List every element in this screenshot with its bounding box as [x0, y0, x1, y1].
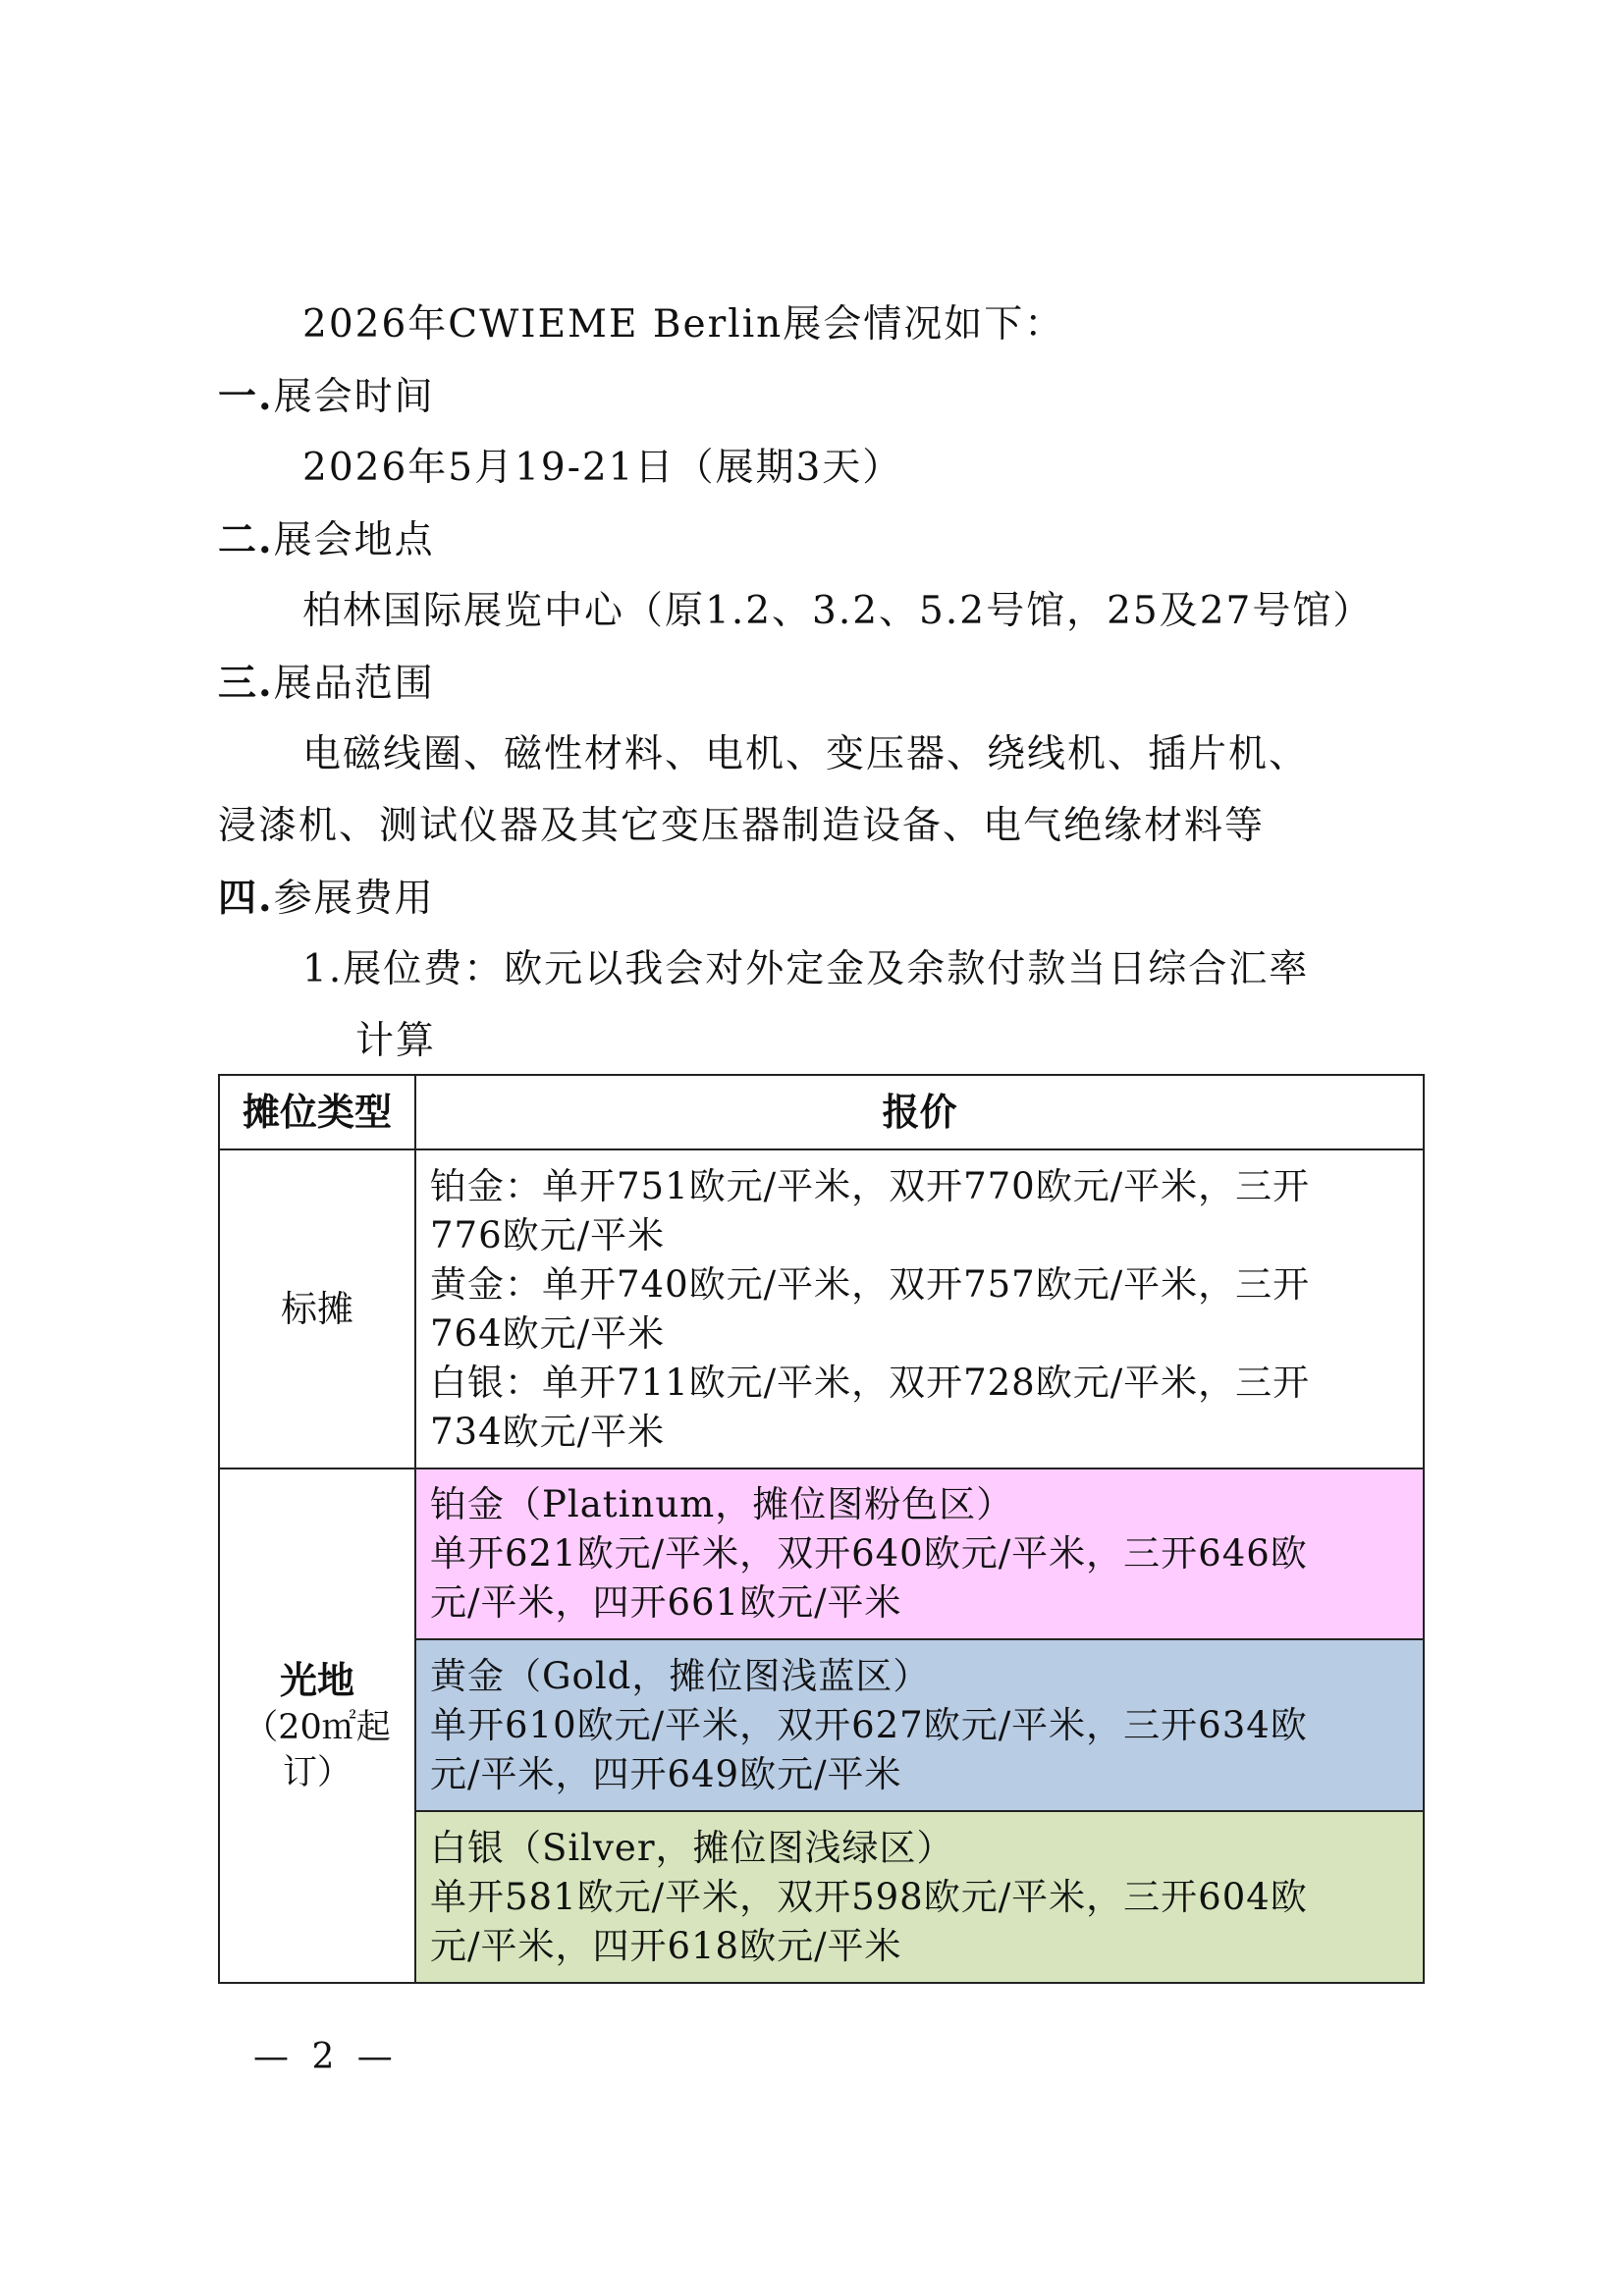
section-title: 展品范围	[274, 662, 435, 706]
table-row-standard: 标摊 铂金：单开751欧元/平米，双开770欧元/平米，三开 776欧元/平米 …	[219, 1149, 1424, 1468]
section-body-scope-2: 浸漆机、测试仪器及其它变压器制造设备、电气绝缘材料等	[218, 803, 1265, 850]
section-heading-fees: 四.参展费用	[218, 875, 435, 923]
price-line: 元/平米，四开661欧元/平米	[430, 1578, 1411, 1628]
section-heading-scope: 三.展品范围	[218, 660, 435, 708]
price-line: 734欧元/平米	[430, 1408, 1411, 1457]
section-heading-venue: 二.展会地点	[218, 516, 435, 564]
section-heading-time: 一.展会时间	[218, 373, 435, 421]
raw-space-label: 光地	[221, 1656, 413, 1705]
price-line: 776欧元/平米	[430, 1211, 1411, 1260]
section-body-scope-1: 电磁线圈、磁性材料、电机、变压器、绕线机、插片机、	[302, 731, 1309, 778]
section-number: 三.	[218, 661, 274, 706]
booth-type-raw-space: 光地 （20㎡起 订）	[219, 1468, 415, 1983]
section-number: 一.	[218, 374, 274, 419]
section-body-venue: 柏林国际展览中心（原1.2、3.2、5.2号馆，25及27号馆）	[302, 588, 1373, 635]
price-line: 单开581欧元/平米，双开598欧元/平米，三开604欧	[430, 1873, 1411, 1922]
price-line: 黄金：单开740欧元/平米，双开757欧元/平米，三开	[430, 1260, 1411, 1309]
silver-price-cell: 白银（Silver，摊位图浅绿区） 单开581欧元/平米，双开598欧元/平米，…	[415, 1811, 1424, 1983]
table-header-row: 摊位类型 报价	[219, 1075, 1424, 1149]
raw-space-note: 订）	[221, 1750, 413, 1795]
section-body-fees-1: 1.展位费：欧元以我会对外定金及余款付款当日综合汇率	[302, 946, 1309, 993]
header-booth-type: 摊位类型	[219, 1075, 415, 1149]
price-line: 单开610欧元/平米，双开627欧元/平米，三开634欧	[430, 1701, 1411, 1750]
section-body-fees-2: 计算	[355, 1018, 436, 1065]
section-title: 展会时间	[274, 375, 435, 419]
section-number: 四.	[218, 876, 274, 921]
booth-type-standard: 标摊	[219, 1149, 415, 1468]
tier-title: 黄金（Gold，摊位图浅蓝区）	[430, 1652, 1411, 1701]
price-line: 元/平米，四开618欧元/平米	[430, 1922, 1411, 1971]
header-price: 报价	[415, 1075, 1424, 1149]
platinum-price-cell: 铂金（Platinum，摊位图粉色区） 单开621欧元/平米，双开640欧元/平…	[415, 1468, 1424, 1639]
price-line: 白银：单开711欧元/平米，双开728欧元/平米，三开	[430, 1359, 1411, 1408]
booth-fee-table: 摊位类型 报价 标摊 铂金：单开751欧元/平米，双开770欧元/平米，三开 7…	[218, 1074, 1425, 1984]
table-row-raw-platinum: 光地 （20㎡起 订） 铂金（Platinum，摊位图粉色区） 单开621欧元/…	[219, 1468, 1424, 1639]
section-number: 二.	[218, 517, 274, 562]
intro-line: 2026年CWIEME Berlin展会情况如下：	[302, 301, 1064, 348]
section-body-time: 2026年5月19-21日（展期3天）	[302, 445, 902, 492]
price-line: 764欧元/平米	[430, 1309, 1411, 1359]
raw-space-note: （20㎡起	[221, 1705, 413, 1750]
price-line: 单开621欧元/平米，双开640欧元/平米，三开646欧	[430, 1529, 1411, 1578]
tier-title: 白银（Silver，摊位图浅绿区）	[430, 1824, 1411, 1873]
gold-price-cell: 黄金（Gold，摊位图浅蓝区） 单开610欧元/平米，双开627欧元/平米，三开…	[415, 1639, 1424, 1811]
price-line: 元/平米，四开649欧元/平米	[430, 1750, 1411, 1799]
section-title: 参展费用	[274, 877, 435, 921]
standard-price-cell: 铂金：单开751欧元/平米，双开770欧元/平米，三开 776欧元/平米 黄金：…	[415, 1149, 1424, 1468]
price-line: 铂金：单开751欧元/平米，双开770欧元/平米，三开	[430, 1162, 1411, 1211]
section-title: 展会地点	[274, 518, 435, 562]
tier-title: 铂金（Platinum，摊位图粉色区）	[430, 1480, 1411, 1529]
page-number: — 2 —	[253, 2037, 399, 2077]
